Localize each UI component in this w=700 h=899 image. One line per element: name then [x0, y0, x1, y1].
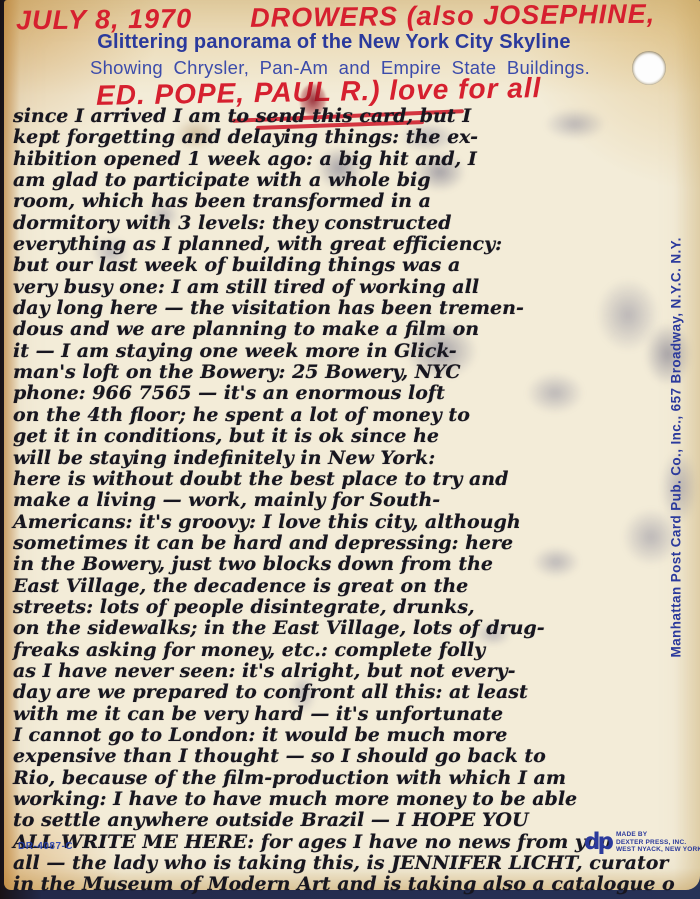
handwritten-line: expensive than I thought — so I should g… — [13, 746, 663, 767]
handwritten-line: everything as I planned, with great effi… — [13, 234, 663, 255]
recipients-annotation: DROWERS (also JOSEPHINE, — [250, 0, 655, 33]
handwritten-line: ALL WRITE ME HERE: for ages I have no ne… — [13, 832, 663, 853]
postcard-back: JULY 8, 1970DROWERS (also JOSEPHINE, Gli… — [4, 0, 700, 890]
printer-address: MADE BYDEXTER PRESS, INC.WEST NYACK, NEW… — [616, 831, 700, 854]
handwritten-line: all — the lady who is taking this, is JE… — [13, 853, 663, 874]
card-title: Glittering panorama of the New York City… — [4, 31, 664, 54]
handwritten-line: East Village, the decadence is great on … — [13, 576, 663, 597]
handwritten-line: streets: lots of people disintegrate, dr… — [13, 597, 663, 618]
handwritten-line: on the 4th floor; he spent a lot of mone… — [13, 405, 663, 426]
handwritten-line: freaks asking for money, etc.: complete … — [13, 640, 663, 661]
printer-mark: dp MADE BYDEXTER PRESS, INC.WEST NYACK, … — [584, 831, 700, 854]
scanned-postcard: { "header": { "title": "Glittering panor… — [0, 0, 700, 899]
handwritten-line: very busy one: I am still tired of worki… — [13, 277, 663, 298]
handwritten-line: it — I am staying one week more in Glick… — [13, 341, 663, 362]
handwritten-line: here is without doubt the best place to … — [13, 469, 663, 490]
dexter-press-logo-icon: dp — [584, 831, 611, 853]
handwritten-line: make a living — work, mainly for South- — [13, 490, 663, 511]
handwritten-line: on the sidewalks; in the East Village, l… — [13, 618, 663, 639]
handwritten-line: man's loft on the Bowery: 25 Bowery, NYC — [13, 362, 663, 383]
handwritten-line: working: I have to have much more money … — [13, 789, 663, 810]
handwritten-line: dous and we are planning to make a film … — [13, 319, 663, 340]
handwritten-line: hibition opened 1 week ago: a big hit an… — [13, 149, 663, 170]
publisher-imprint: Manhattan Post Card Pub. Co., Inc., 657 … — [669, 238, 684, 658]
handwritten-line: kept forgetting and delaying things: the… — [13, 127, 663, 148]
handwritten-line: Americans: it's groovy: I love this city… — [13, 512, 663, 533]
handwritten-line: to settle anywhere outside Brazil — I HO… — [13, 810, 663, 831]
handwritten-message: since I arrived I am to send this card, … — [13, 106, 663, 896]
handwritten-line: since I arrived I am to send this card, … — [13, 106, 663, 127]
printer-address-line: DEXTER PRESS, INC. — [616, 839, 700, 847]
handwritten-line: but our last week of building things was… — [13, 255, 663, 276]
handwritten-line: phone: 966 7565 — it's an enormous loft — [13, 383, 663, 404]
handwritten-line: I cannot go to London: it would be much … — [13, 725, 663, 746]
handwritten-line: with me it can be very hard — it's unfor… — [13, 704, 663, 725]
handwritten-line: room, which has been transformed in a — [13, 191, 663, 212]
print-code: DR-4087-C — [18, 841, 73, 852]
handwritten-line: day are we prepared to confront all this… — [13, 682, 663, 703]
handwritten-line: sometimes it can be hard and depressing:… — [13, 533, 663, 554]
handwritten-line: as I have never seen: it's alright, but … — [13, 661, 663, 682]
printer-address-line: MADE BY — [616, 831, 700, 839]
printer-address-line: WEST NYACK, NEW YORK — [616, 846, 700, 854]
handwritten-line: will be staying indefinitely in New York… — [13, 448, 663, 469]
handwritten-line: in the Bowery, just two blocks down from… — [13, 554, 663, 575]
handwritten-line: day long here — the visitation has been … — [13, 298, 663, 319]
handwritten-line: Rio, because of the film-production with… — [13, 768, 663, 789]
punch-hole — [632, 51, 666, 85]
handwritten-line: get it in conditions, but it is ok since… — [13, 426, 663, 447]
handwritten-line: in the Museum of Modern Art and is takin… — [13, 874, 663, 895]
handwritten-line: dormitory with 3 levels: they constructe… — [13, 213, 663, 234]
handwritten-line: am glad to participate with a whole big — [13, 170, 663, 191]
